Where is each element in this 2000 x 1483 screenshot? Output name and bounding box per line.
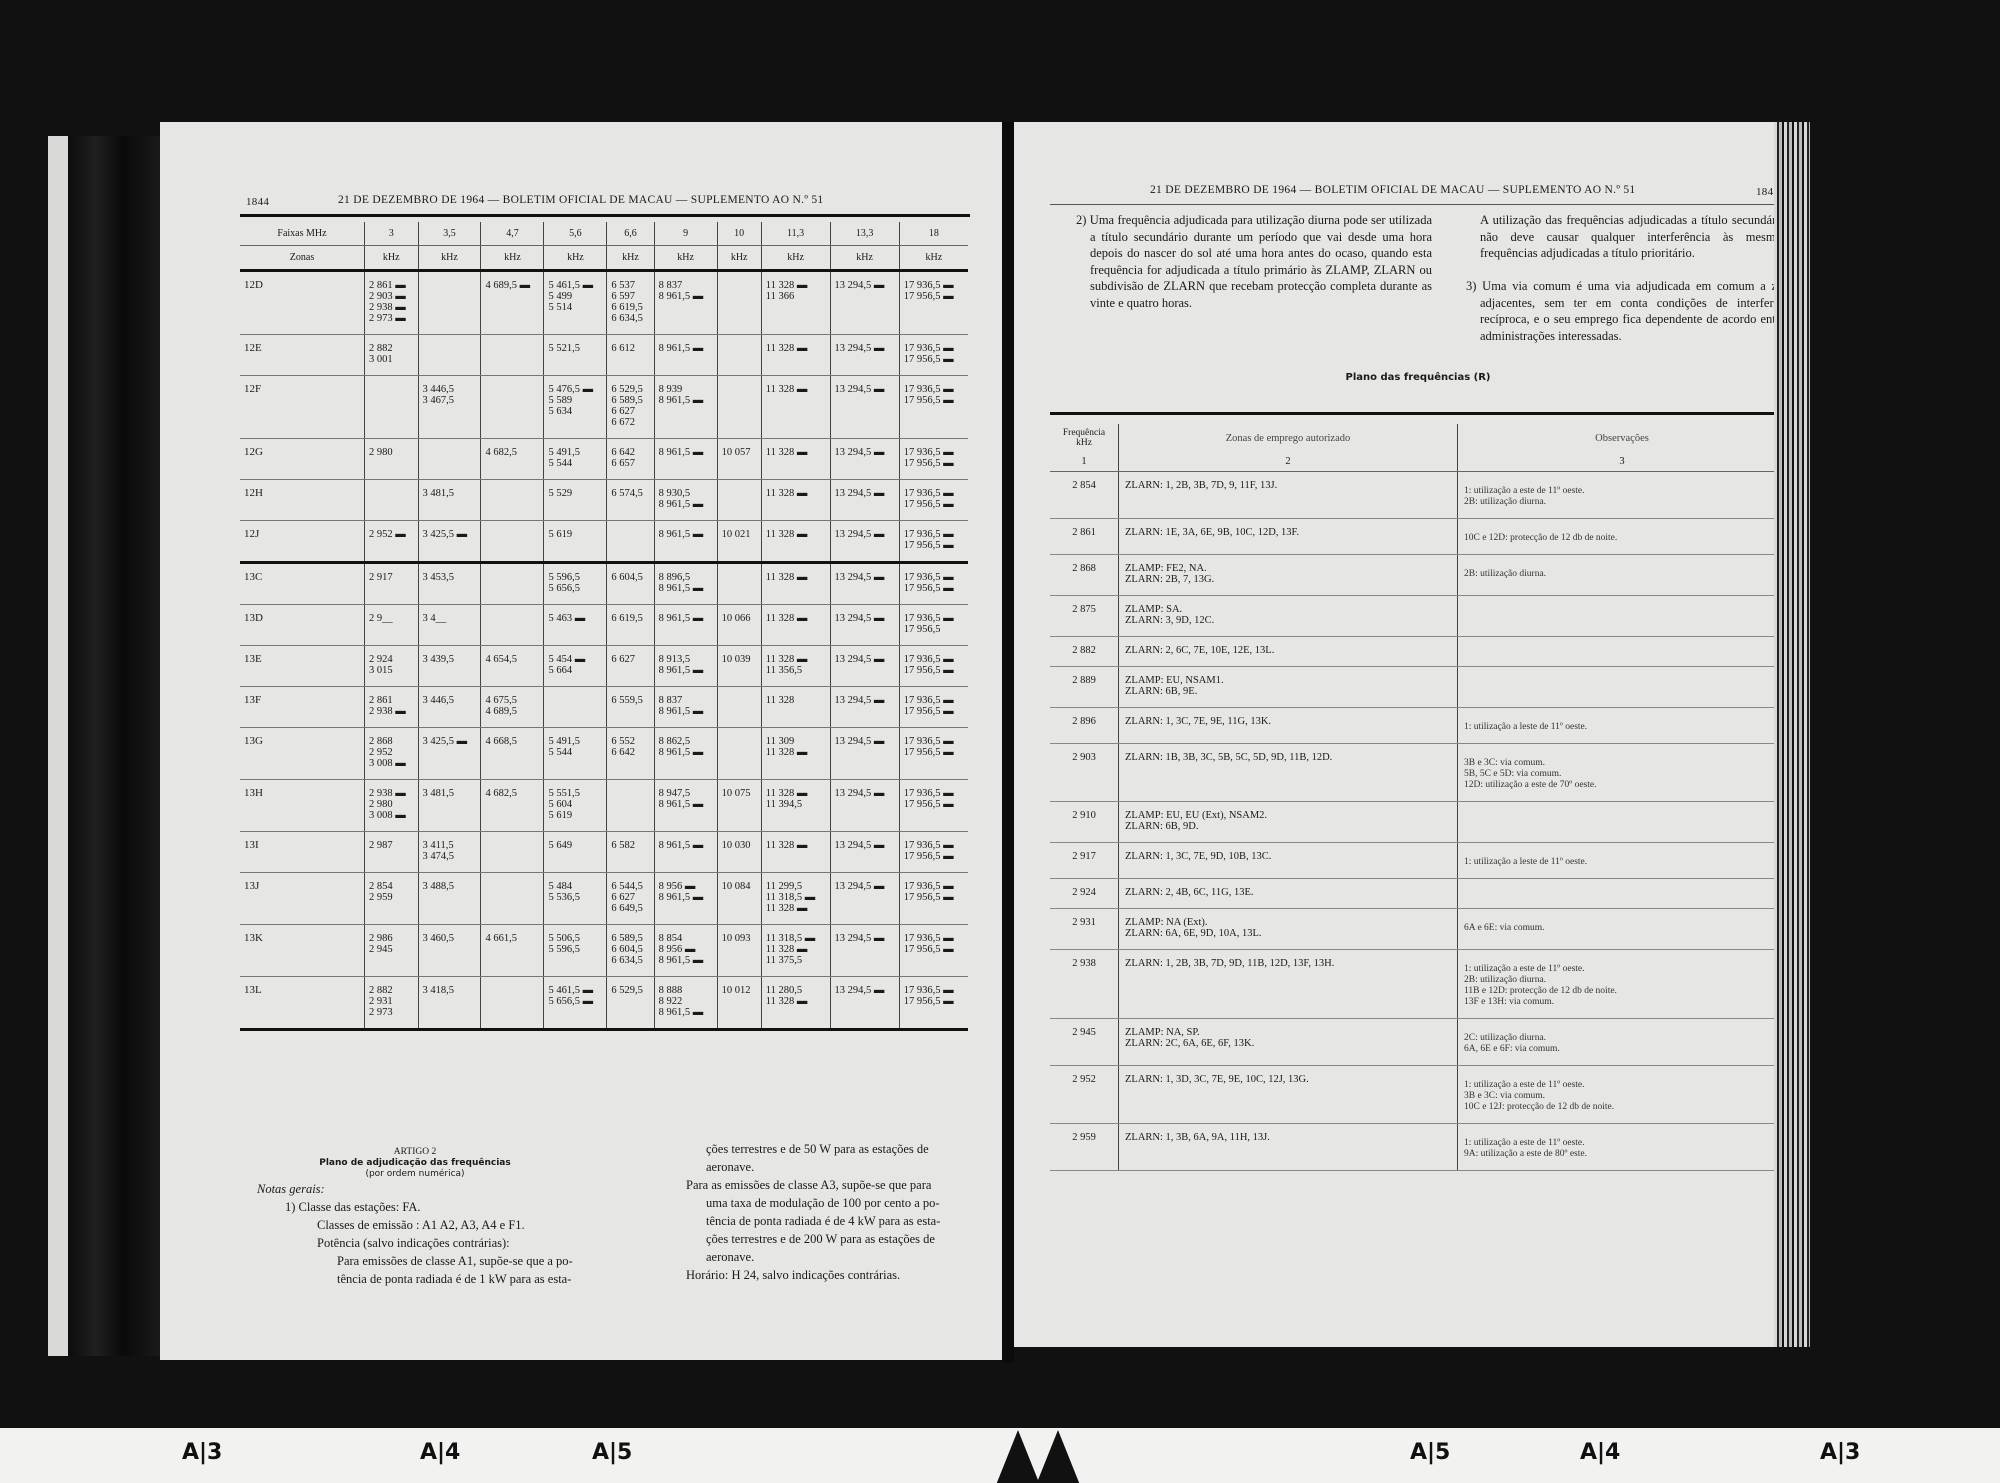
frequency-cell: 8 8378 961,5 ▬ bbox=[654, 687, 717, 728]
frequency-cell: 2 924 bbox=[1050, 879, 1119, 909]
frequency-cell: 2 8823 001 bbox=[365, 335, 419, 376]
frequency-value: 13 294,5 ▬ bbox=[835, 280, 896, 291]
frequency-value: 17 956,5 ▬ bbox=[904, 851, 965, 862]
paragraph-secondary: A utilização das frequências adjudicadas… bbox=[1480, 212, 1786, 262]
frequency-value: 10 093 bbox=[722, 933, 758, 944]
frequency-value: 11 356,5 bbox=[766, 665, 827, 676]
zone-line: ZLARN: 6B, 9D. bbox=[1125, 821, 1451, 832]
frequency-cell: 5 461,5 ▬5 4995 514 bbox=[544, 271, 607, 335]
frequency-cell: 17 936,5 ▬17 956,5 ▬ bbox=[899, 687, 968, 728]
frequency-value: 6 574,5 bbox=[611, 488, 650, 499]
notes-item1: 1) Classe das estações: FA. bbox=[257, 1198, 637, 1216]
page-number-left: 1844 bbox=[246, 196, 269, 208]
frequency-cell: 5 476,5 ▬5 5895 634 bbox=[544, 376, 607, 439]
band-header: 4,7 bbox=[481, 222, 544, 246]
frequency-value: 8 961,5 ▬ bbox=[659, 343, 714, 354]
zone-line: ZLARN: 1E, 3A, 6E, 9B, 10C, 12D, 13F. bbox=[1125, 527, 1451, 538]
zone-cell: 13G bbox=[240, 728, 365, 780]
band-header: 9 bbox=[654, 222, 717, 246]
frequency-value: 3 474,5 bbox=[423, 851, 478, 862]
frequency-value: 6 634,5 bbox=[611, 955, 650, 966]
frequency-value: 5 461,5 ▬ bbox=[548, 280, 603, 291]
frequency-cell bbox=[481, 335, 544, 376]
frequency-cell: 2 952 bbox=[1050, 1066, 1119, 1124]
frequency-cell: 10 066 bbox=[717, 605, 761, 646]
plan-header-row: Frequência kHz Zonas de emprego autoriza… bbox=[1050, 424, 1786, 452]
frequency-cell: 3 439,5 bbox=[418, 646, 481, 687]
zone-line: ZLARN: 1, 3B, 6A, 9A, 11H, 13J. bbox=[1125, 1132, 1451, 1143]
frequency-cell: 13 294,5 ▬ bbox=[830, 439, 899, 480]
frequency-cell bbox=[481, 563, 544, 605]
observations-cell: 1: utilização a leste de 11º oeste. bbox=[1458, 843, 1787, 879]
band-header: 13,3 bbox=[830, 222, 899, 246]
observation-line: 12D: utilização a este de 70º oeste. bbox=[1464, 780, 1780, 791]
frequency-value: 11 328 ▬ bbox=[766, 280, 827, 291]
frequency-value: 5 521,5 bbox=[548, 343, 603, 354]
zone-line: ZLARN: 1, 3C, 7E, 9E, 11G, 13K. bbox=[1125, 716, 1451, 727]
band-header: 3,5 bbox=[418, 222, 481, 246]
unit-header: kHz bbox=[761, 246, 830, 271]
frequency-value: 3 425,5 ▬ bbox=[423, 529, 478, 540]
frequency-value: 11 328 ▬ bbox=[766, 747, 827, 758]
frequency-cell: 17 936,5 ▬17 956,5 ▬ bbox=[899, 780, 968, 832]
frequency-cell: 5 506,55 596,5 bbox=[544, 925, 607, 977]
notes-a3-line5: aeronave. bbox=[686, 1248, 986, 1266]
zone-line: ZLAMP: SA. bbox=[1125, 604, 1451, 615]
frequency-cell bbox=[717, 335, 761, 376]
frequency-cell: 10 030 bbox=[717, 832, 761, 873]
frequency-cell bbox=[544, 687, 607, 728]
frequency-value: 11 328 ▬ bbox=[766, 903, 827, 914]
unit-header: kHz bbox=[418, 246, 481, 271]
observation-line: 3B e 3C: via comum. bbox=[1464, 1091, 1780, 1102]
frequency-cell: 5 461,5 ▬5 656,5 ▬ bbox=[544, 977, 607, 1030]
zones-cell: ZLAMP: SA.ZLARN: 3, 9D, 12C. bbox=[1119, 596, 1458, 637]
observations-cell: 3B e 3C: via comum.5B, 5C e 5D: via comu… bbox=[1458, 744, 1787, 802]
frequency-value: 2 980 bbox=[369, 799, 415, 810]
frequency-value: 11 328 ▬ bbox=[766, 613, 827, 624]
frequency-value: 2 987 bbox=[369, 840, 415, 851]
frequency-cell: 2 917 bbox=[365, 563, 419, 605]
frequency-value: 11 328 ▬ bbox=[766, 996, 827, 1007]
frequency-value: 2 882 bbox=[369, 985, 415, 996]
frequency-value: 8 961,5 ▬ bbox=[659, 583, 714, 594]
observations-cell bbox=[1458, 637, 1787, 667]
frequency-value: 5 461,5 ▬ bbox=[548, 985, 603, 996]
left-binding-shadow bbox=[68, 136, 160, 1356]
frequency-value: 11 318,5 ▬ bbox=[766, 933, 827, 944]
frequency-value: 11 328 ▬ bbox=[766, 788, 827, 799]
frequency-value: 17 956,5 ▬ bbox=[904, 665, 965, 676]
frequency-value: 6 544,5 bbox=[611, 881, 650, 892]
frequency-cell: 2 917 bbox=[1050, 843, 1119, 879]
frequency-value: 4 668,5 bbox=[485, 736, 540, 747]
frequency-value: 6 552 bbox=[611, 736, 650, 747]
frequency-value: 8 961,5 ▬ bbox=[659, 747, 714, 758]
observation-line: 6A, 6E e 6F: via comum. bbox=[1464, 1044, 1780, 1055]
frequency-cell: 6 582 bbox=[607, 832, 654, 873]
frequency-value: 17 956,5 ▬ bbox=[904, 892, 965, 903]
frequency-cell: 17 936,5 ▬17 956,5 ▬ bbox=[899, 873, 968, 925]
frequency-value: 4 661,5 bbox=[485, 933, 540, 944]
frequency-cell: 10 075 bbox=[717, 780, 761, 832]
frequency-value: 6 619,5 bbox=[611, 302, 650, 313]
frequency-value: 10 030 bbox=[722, 840, 758, 851]
frequency-value: 17 936,5 ▬ bbox=[904, 529, 965, 540]
frequency-value: 17 936,5 ▬ bbox=[904, 736, 965, 747]
frequency-cell: 3 481,5 bbox=[418, 780, 481, 832]
frequency-value: 3 008 ▬ bbox=[369, 758, 415, 769]
frequency-value: 11 366 bbox=[766, 291, 827, 302]
table-row: 2 882ZLARN: 2, 6C, 7E, 10E, 12E, 13L. bbox=[1050, 637, 1786, 667]
frequency-value: 5 664 bbox=[548, 665, 603, 676]
frequency-value: 11 328 ▬ bbox=[766, 384, 827, 395]
frequency-value: 6 657 bbox=[611, 458, 650, 469]
frequency-cell bbox=[481, 605, 544, 646]
frequency-value: 11 328 ▬ bbox=[766, 840, 827, 851]
frequency-value: 8 896,5 bbox=[659, 572, 714, 583]
frequency-cell: 8 862,58 961,5 ▬ bbox=[654, 728, 717, 780]
frequency-value: 3 439,5 bbox=[423, 654, 478, 665]
frequency-value: 8 961,5 ▬ bbox=[659, 892, 714, 903]
frequency-value: 17 956,5 ▬ bbox=[904, 291, 965, 302]
frequency-value: 17 936,5 ▬ bbox=[904, 613, 965, 624]
frequency-cell: 10 093 bbox=[717, 925, 761, 977]
frequency-cell: 10 084 bbox=[717, 873, 761, 925]
notes-col2-line1: ções terrestres e de 50 W para as estaçõ… bbox=[686, 1140, 986, 1158]
frequency-value: 11 299,5 bbox=[766, 881, 827, 892]
frequency-cell: 6 529,56 589,56 6276 672 bbox=[607, 376, 654, 439]
frequency-cell: 4 668,5 bbox=[481, 728, 544, 780]
paragraph-3: 3) Uma via comum é uma via adjudicada em… bbox=[1466, 278, 1800, 344]
frequency-value: 8 913,5 bbox=[659, 654, 714, 665]
frequency-value: 17 956,5 ▬ bbox=[904, 996, 965, 1007]
frequency-cell: 10 012 bbox=[717, 977, 761, 1030]
unit-header: kHz bbox=[899, 246, 968, 271]
frequency-cell: 2 861 bbox=[1050, 519, 1119, 555]
frequency-cell: 2 938 bbox=[1050, 950, 1119, 1019]
frequency-cell: 11 328 ▬11 366 bbox=[761, 271, 830, 335]
frequency-cell: 17 936,5 ▬17 956,5 ▬ bbox=[899, 271, 968, 335]
zone-line: ZLARN: 2, 6C, 7E, 10E, 12E, 13L. bbox=[1125, 645, 1451, 656]
frequency-value: 5 463 ▬ bbox=[548, 613, 603, 624]
table-row: 13G2 8682 9523 008 ▬3 425,5 ▬4 668,55 49… bbox=[240, 728, 968, 780]
frequency-value: 10 039 bbox=[722, 654, 758, 665]
right-page: 21 DE DEZEMBRO DE 1964 — BOLETIM OFICIAL… bbox=[1014, 122, 1774, 1347]
frequency-cell: 2 861 ▬2 903 ▬2 938 ▬2 973 ▬ bbox=[365, 271, 419, 335]
frequency-value: 17 956,5 ▬ bbox=[904, 583, 965, 594]
frequency-value: 5 596,5 bbox=[548, 944, 603, 955]
frequency-value: 8 854 bbox=[659, 933, 714, 944]
frequency-value: 17 936,5 ▬ bbox=[904, 343, 965, 354]
frequency-value: 6 529,5 bbox=[611, 985, 650, 996]
zone-cell: 13D bbox=[240, 605, 365, 646]
frequency-value: 5 529 bbox=[548, 488, 603, 499]
frequency-value: 5 491,5 bbox=[548, 736, 603, 747]
frequency-value: 6 529,5 bbox=[611, 384, 650, 395]
frequency-value: 11 328 ▬ bbox=[766, 343, 827, 354]
frequency-cell: 6 6426 657 bbox=[607, 439, 654, 480]
frequency-value: 8 939 bbox=[659, 384, 714, 395]
frequency-value: 3 453,5 bbox=[423, 572, 478, 583]
frequency-cell: 6 627 bbox=[607, 646, 654, 687]
observation-line: 10C e 12D: protecção de 12 db de noite. bbox=[1464, 533, 1780, 544]
frequency-value: 2 854 bbox=[369, 881, 415, 892]
zone-line: ZLARN: 6A, 6E, 9D, 10A, 13L. bbox=[1125, 928, 1451, 939]
frequency-value: 11 328 ▬ bbox=[766, 529, 827, 540]
frequency-cell: 3 418,5 bbox=[418, 977, 481, 1030]
frequency-value: 3 4__ bbox=[423, 613, 478, 624]
frequency-value: 10 075 bbox=[722, 788, 758, 799]
frequency-cell: 17 936,5 ▬17 956,5 ▬ bbox=[899, 521, 968, 563]
frequency-value: 8 961,5 ▬ bbox=[659, 613, 714, 624]
table-row: 12D2 861 ▬2 903 ▬2 938 ▬2 973 ▬4 689,5 ▬… bbox=[240, 271, 968, 335]
frequency-value: 13 294,5 ▬ bbox=[835, 695, 896, 706]
observations-cell: 10C e 12D: protecção de 12 db de noite. bbox=[1458, 519, 1787, 555]
frequency-value: 6 642 bbox=[611, 747, 650, 758]
band-header: 18 bbox=[899, 222, 968, 246]
observations-cell: 1: utilização a este de 11º oeste.2B: ut… bbox=[1458, 472, 1787, 519]
frequency-cell: 2 889 bbox=[1050, 667, 1119, 708]
unit-header: kHz bbox=[365, 246, 419, 271]
frequency-cell: 8 961,5 ▬ bbox=[654, 335, 717, 376]
frequency-cell: 5 619 bbox=[544, 521, 607, 563]
frequency-value: 6 619,5 bbox=[611, 613, 650, 624]
zones-cell: ZLARN: 1E, 3A, 6E, 9B, 10C, 12D, 13F. bbox=[1119, 519, 1458, 555]
frequency-value: 5 536,5 bbox=[548, 892, 603, 903]
band-header: 10 bbox=[717, 222, 761, 246]
frequency-cell: 3 453,5 bbox=[418, 563, 481, 605]
zone-line: ZLARN: 3, 9D, 12C. bbox=[1125, 615, 1451, 626]
table-row: 2 903ZLARN: 1B, 3B, 3C, 5B, 5C, 5D, 9D, … bbox=[1050, 744, 1786, 802]
frequency-value: 5 634 bbox=[548, 406, 603, 417]
frequency-cell: 17 936,5 ▬17 956,5 ▬ bbox=[899, 728, 968, 780]
table-row: 13H2 938 ▬2 9803 008 ▬3 481,54 682,55 55… bbox=[240, 780, 968, 832]
plan-colnum-row: 1 2 3 bbox=[1050, 452, 1786, 472]
frequency-cell: 11 328 ▬ bbox=[761, 376, 830, 439]
running-head-right: 21 DE DEZEMBRO DE 1964 — BOLETIM OFICIAL… bbox=[1150, 184, 1635, 196]
frequency-value: 11 328 ▬ bbox=[766, 447, 827, 458]
frequency-cell: 2 959 bbox=[1050, 1124, 1119, 1171]
frequency-cell: 4 654,5 bbox=[481, 646, 544, 687]
frequency-value: 3 467,5 bbox=[423, 395, 478, 406]
frequency-cell: 6 544,56 6276 649,5 bbox=[607, 873, 654, 925]
frequency-value: 17 936,5 ▬ bbox=[904, 985, 965, 996]
frequency-cell: 17 936,5 ▬17 956,5 ▬ bbox=[899, 439, 968, 480]
frequency-value: 10 057 bbox=[722, 447, 758, 458]
frequency-cell: 13 294,5 ▬ bbox=[830, 925, 899, 977]
zones-cell: ZLARN: 1, 3D, 3C, 7E, 9E, 10C, 12J, 13G. bbox=[1119, 1066, 1458, 1124]
frequency-cell: 2 945 bbox=[1050, 1019, 1119, 1066]
frequency-value: 2 868 bbox=[369, 736, 415, 747]
table-row: 13F2 8612 938 ▬3 446,54 675,54 689,56 55… bbox=[240, 687, 968, 728]
frequency-value: 2 917 bbox=[369, 572, 415, 583]
frequency-value: 5 649 bbox=[548, 840, 603, 851]
frequency-cell: 2 9862 945 bbox=[365, 925, 419, 977]
notes-a3-line2: uma taxa de modulação de 100 por cento a… bbox=[686, 1194, 986, 1212]
frequency-cell: 17 936,5 ▬17 956,5 ▬ bbox=[899, 977, 968, 1030]
frequency-cell: 6 5376 5976 619,56 634,5 bbox=[607, 271, 654, 335]
frequency-value: 5 454 ▬ bbox=[548, 654, 603, 665]
zone-line: ZLARN: 1, 3C, 7E, 9D, 10B, 13C. bbox=[1125, 851, 1451, 862]
zone-line: ZLARN: 1, 2B, 3B, 7D, 9D, 11B, 12D, 13F,… bbox=[1125, 958, 1451, 969]
frequency-cell: 3 425,5 ▬ bbox=[418, 728, 481, 780]
frequency-cell: 11 328 ▬ bbox=[761, 439, 830, 480]
frequency-value: 17 956,5 ▬ bbox=[904, 395, 965, 406]
frequency-cell: 4 675,54 689,5 bbox=[481, 687, 544, 728]
frequency-value: 8 961,5 ▬ bbox=[659, 665, 714, 676]
frequency-value: 5 619 bbox=[548, 810, 603, 821]
frequency-value: 8 961,5 ▬ bbox=[659, 447, 714, 458]
frequency-value: 13 294,5 ▬ bbox=[835, 840, 896, 851]
observations-cell: 2B: utilização diurna. bbox=[1458, 555, 1787, 596]
frequency-cell: 2 8612 938 ▬ bbox=[365, 687, 419, 728]
zone-cell: 12J bbox=[240, 521, 365, 563]
frequency-cell bbox=[607, 780, 654, 832]
frequency-cell: 4 661,5 bbox=[481, 925, 544, 977]
frequency-cell: 11 280,511 328 ▬ bbox=[761, 977, 830, 1030]
table-row: 13C2 9173 453,55 596,55 656,56 604,58 89… bbox=[240, 563, 968, 605]
frequency-cell: 11 328 bbox=[761, 687, 830, 728]
frequency-cell: 13 294,5 ▬ bbox=[830, 780, 899, 832]
zone-line: ZLAMP: EU, EU (Ext), NSAM2. bbox=[1125, 810, 1451, 821]
frequency-cell: 2 882 bbox=[1050, 637, 1119, 667]
frequency-cell: 13 294,5 ▬ bbox=[830, 728, 899, 780]
observation-line: 6A e 6E: via comum. bbox=[1464, 923, 1780, 934]
frequency-cell: 13 294,5 ▬ bbox=[830, 521, 899, 563]
frequency-cell bbox=[481, 376, 544, 439]
band-header: 3 bbox=[365, 222, 419, 246]
unit-header: kHz bbox=[654, 246, 717, 271]
zones-cell: ZLAMP: EU, NSAM1.ZLARN: 6B, 9E. bbox=[1119, 667, 1458, 708]
table-row: 2 938ZLARN: 1, 2B, 3B, 7D, 9D, 11B, 12D,… bbox=[1050, 950, 1786, 1019]
frequency-value: 6 604,5 bbox=[611, 944, 650, 955]
frequency-value: 8 961,5 ▬ bbox=[659, 499, 714, 510]
frequency-value: 4 682,5 bbox=[485, 788, 540, 799]
head-rule bbox=[240, 214, 970, 217]
frequency-value: 4 689,5 bbox=[485, 706, 540, 717]
frequency-cell: 8 8378 961,5 ▬ bbox=[654, 271, 717, 335]
frequency-value: 11 394,5 bbox=[766, 799, 827, 810]
zone-header-label: Zonas bbox=[240, 246, 365, 271]
observation-line: 13F e 13H: via comum. bbox=[1464, 997, 1780, 1008]
frequency-value: 3 008 ▬ bbox=[369, 810, 415, 821]
zone-cell: 13E bbox=[240, 646, 365, 687]
frequency-cell bbox=[481, 832, 544, 873]
frequency-cell: 4 682,5 bbox=[481, 780, 544, 832]
frequency-cell: 5 551,55 6045 619 bbox=[544, 780, 607, 832]
frequency-value: 13 294,5 ▬ bbox=[835, 933, 896, 944]
frequency-cell: 11 299,511 318,5 ▬11 328 ▬ bbox=[761, 873, 830, 925]
frequency-cell bbox=[717, 687, 761, 728]
frequency-cell: 10 057 bbox=[717, 439, 761, 480]
observations-cell bbox=[1458, 802, 1787, 843]
frequency-cell: 6 5526 642 bbox=[607, 728, 654, 780]
plan-table-body: 2 854ZLARN: 1, 2B, 3B, 7D, 9, 11F, 13J.1… bbox=[1050, 472, 1786, 1171]
observation-line: 1: utilização a este de 11º oeste. bbox=[1464, 964, 1780, 975]
right-page-edge bbox=[1774, 122, 1810, 1347]
frequency-cell bbox=[717, 728, 761, 780]
frequency-cell: 2 8822 9312 973 bbox=[365, 977, 419, 1030]
film-notch-right bbox=[1036, 1430, 1080, 1483]
zone-cell: 13I bbox=[240, 832, 365, 873]
observations-cell: 1: utilização a este de 11º oeste.3B e 3… bbox=[1458, 1066, 1787, 1124]
frequency-cell: 11 328 ▬ bbox=[761, 521, 830, 563]
general-notes-left: Notas gerais: 1) Classe das estações: FA… bbox=[257, 1180, 637, 1288]
frequency-value: 3 481,5 bbox=[423, 488, 478, 499]
table-row: 2 868ZLAMP: FE2, NA.ZLARN: 2B, 7, 13G.2B… bbox=[1050, 555, 1786, 596]
table-row: 13E2 9243 0153 439,54 654,55 454 ▬5 6646… bbox=[240, 646, 968, 687]
frequency-plan-table: Frequência kHz Zonas de emprego autoriza… bbox=[1050, 424, 1786, 1171]
frequency-value: 3 001 bbox=[369, 354, 415, 365]
frequency-cell: 13 294,5 ▬ bbox=[830, 335, 899, 376]
frequency-cell: 11 328 ▬ bbox=[761, 605, 830, 646]
table-row: 2 917ZLARN: 1, 3C, 7E, 9D, 10B, 13C.1: u… bbox=[1050, 843, 1786, 879]
frequency-cell: 3 425,5 ▬ bbox=[418, 521, 481, 563]
frequency-cell bbox=[717, 563, 761, 605]
frequency-value: 5 499 bbox=[548, 291, 603, 302]
observations-cell bbox=[1458, 596, 1787, 637]
frequency-cell: 13 294,5 ▬ bbox=[830, 687, 899, 728]
frequency-value: 10 084 bbox=[722, 881, 758, 892]
frequency-value: 10 012 bbox=[722, 985, 758, 996]
frequency-cell: 17 936,5 ▬17 956,5 bbox=[899, 605, 968, 646]
zone-line: ZLARN: 2, 4B, 6C, 11G, 13E. bbox=[1125, 887, 1451, 898]
frequency-cell: 2 903 bbox=[1050, 744, 1119, 802]
article-label: ARTIGO 2 bbox=[240, 1147, 590, 1158]
frequency-value: 8 956 ▬ bbox=[659, 881, 714, 892]
frequency-value: 2 861 bbox=[369, 695, 415, 706]
frequency-value: 17 956,5 bbox=[904, 624, 965, 635]
frequency-cell: 6 619,5 bbox=[607, 605, 654, 646]
frequency-value: 5 484 bbox=[548, 881, 603, 892]
observations-cell: 6A e 6E: via comum. bbox=[1458, 909, 1787, 950]
table-row: 13L2 8822 9312 9733 418,55 461,5 ▬5 656,… bbox=[240, 977, 968, 1030]
notes-col2-line2: aeronave. bbox=[686, 1158, 986, 1176]
observation-line: 2B: utilização diurna. bbox=[1464, 975, 1780, 986]
frequency-value: 8 961,5 ▬ bbox=[659, 799, 714, 810]
frequency-value: 11 328 ▬ bbox=[766, 944, 827, 955]
frequency-cell: 8 930,58 961,5 ▬ bbox=[654, 480, 717, 521]
frequency-cell: 13 294,5 ▬ bbox=[830, 646, 899, 687]
frequency-cell: 2 910 bbox=[1050, 802, 1119, 843]
unit-header-row: Zonas kHz kHz kHz kHz kHz kHz kHz kHz kH… bbox=[240, 246, 968, 271]
frequency-value: 17 956,5 ▬ bbox=[904, 706, 965, 717]
table-row: 2 924ZLARN: 2, 4B, 6C, 11G, 13E. bbox=[1050, 879, 1786, 909]
frequency-value: 2 861 ▬ bbox=[369, 280, 415, 291]
frequency-value: 6 589,5 bbox=[611, 395, 650, 406]
frequency-cell: 11 328 ▬ bbox=[761, 335, 830, 376]
frequency-value: 17 956,5 ▬ bbox=[904, 944, 965, 955]
frequency-cell bbox=[418, 439, 481, 480]
observations-cell: 1: utilização a leste de 11º oeste. bbox=[1458, 708, 1787, 744]
frequency-value: 2 882 bbox=[369, 343, 415, 354]
frequency-value: 6 634,5 bbox=[611, 313, 650, 324]
zone-line: ZLARN: 6B, 9E. bbox=[1125, 686, 1451, 697]
frequency-value: 5 491,5 bbox=[548, 447, 603, 458]
article-block: ARTIGO 2 Plano de adjudicação das frequê… bbox=[240, 1147, 590, 1180]
film-marker: A|3 bbox=[182, 1440, 222, 1465]
frequency-value: 4 682,5 bbox=[485, 447, 540, 458]
frequency-value: 17 956,5 ▬ bbox=[904, 540, 965, 551]
frequency-value: 17 956,5 ▬ bbox=[904, 354, 965, 365]
zone-line: ZLAMP: NA (Ext). bbox=[1125, 917, 1451, 928]
observation-line: 9A: utilização a este de 80º este. bbox=[1464, 1149, 1780, 1160]
frequency-value: 13 294,5 ▬ bbox=[835, 985, 896, 996]
frequency-value: 8 930,5 bbox=[659, 488, 714, 499]
zone-cell: 12E bbox=[240, 335, 365, 376]
band-header: 5,6 bbox=[544, 222, 607, 246]
